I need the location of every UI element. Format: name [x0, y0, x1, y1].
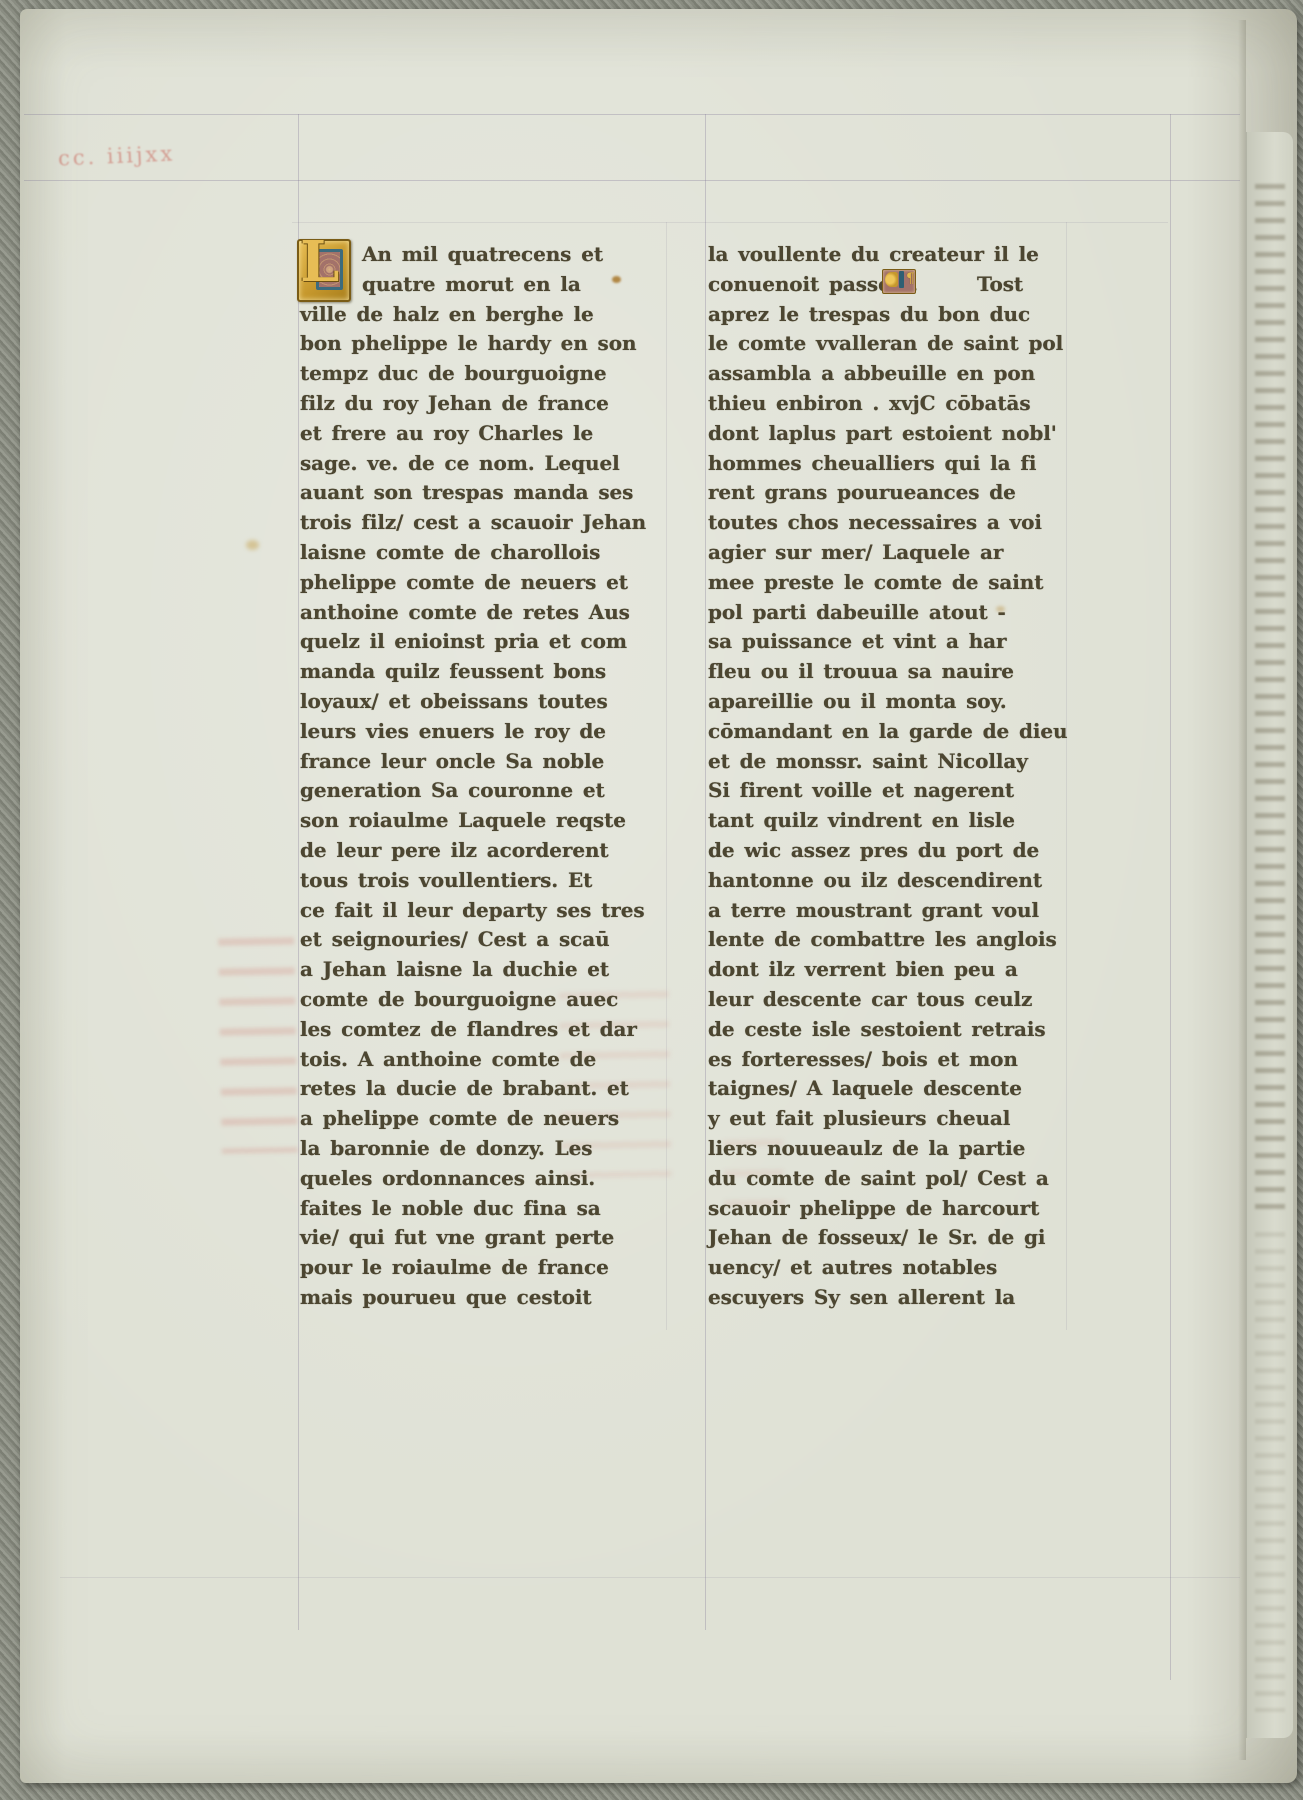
paraph-blue-bar	[899, 271, 904, 288]
text-line: a phelippe comte de neuers	[300, 1104, 692, 1134]
text-line: liers nouueaulz de la partie	[708, 1134, 1100, 1164]
text-line: auant son trespas manda ses	[300, 478, 692, 508]
ruling-line	[298, 114, 299, 1630]
text-line: pour le roiaulme de france	[300, 1253, 692, 1283]
text-line: retes la ducie de brabant. et	[300, 1074, 692, 1104]
parchment-stain	[996, 606, 1005, 612]
text-line: fleu ou il trouua sa nauire	[708, 657, 1100, 687]
text-line: generation Sa couronne et	[300, 776, 692, 806]
manuscript-scan: { "manuscript": { "folio_number": "cc. i…	[0, 0, 1303, 1800]
ruling-line	[1170, 114, 1171, 1680]
text-line: anthoine comte de retes Aus	[300, 598, 692, 628]
text-column-right: la voullente du createur il leconuenoit …	[708, 240, 1100, 1313]
parchment-stain	[246, 540, 259, 550]
text-line: de wic assez pres du port de	[708, 836, 1100, 866]
text-line: sage. ve. de ce nom. Lequel	[300, 449, 692, 479]
text-line: scauoir phelippe de harcourt	[708, 1194, 1100, 1224]
text-line: toutes chos necessaires a voi	[708, 508, 1100, 538]
text-line: a Jehan laisne la duchie et	[300, 955, 692, 985]
text-line: lente de combattre les anglois	[708, 925, 1100, 955]
text-line: assambla a abbeuille en pon	[708, 359, 1100, 389]
text-line: pol parti dabeuille atout -	[708, 598, 1100, 628]
text-line: du comte de saint pol/ Cest a	[708, 1164, 1100, 1194]
text-line: laisne comte de charollois	[300, 538, 692, 568]
text-line: et de monssr. saint Nicollay	[708, 747, 1100, 777]
text-line: mee preste le comte de saint	[708, 568, 1100, 598]
text-line: escuyers Sy sen allerent la	[708, 1283, 1100, 1313]
initial-letter: L	[300, 234, 339, 290]
text-line: la voullente du createur il le	[708, 240, 1100, 270]
text-line: hommes cheualliers qui la fi	[708, 449, 1100, 479]
text-line: bon phelippe le hardy en son	[300, 329, 692, 359]
gilded-paraph-icon: ¶	[882, 269, 916, 294]
ruling-line	[24, 114, 1240, 115]
text-line: dont ilz verrent bien peu a	[708, 955, 1100, 985]
text-line: dont laplus part estoient nobl'	[708, 419, 1100, 449]
ruling-line	[705, 114, 706, 1630]
text-line: quelz il enioinst pria et com	[300, 627, 692, 657]
text-line: a terre moustrant grant voul	[708, 896, 1100, 926]
text-line: hantonne ou ilz descendirent	[708, 866, 1100, 896]
text-line: et seignouries/ Cest a scaū	[300, 925, 692, 955]
ink-stain	[612, 276, 621, 283]
text-column-left: An mil quatrecens etquatre morut en lavi…	[300, 240, 692, 1313]
text-line: trois filz/ cest a scauoir Jehan	[300, 508, 692, 538]
illuminated-initial: L	[297, 239, 351, 302]
text-line: de leur pere ilz acorderent	[300, 836, 692, 866]
text-line: y eut fait plusieurs cheual	[708, 1104, 1100, 1134]
text-line: Si firent voille et nagerent	[708, 776, 1100, 806]
text-line: ville de halz en berghe le	[300, 300, 692, 330]
text-line: manda quilz feussent bons	[300, 657, 692, 687]
text-line: son roiaulme Laquele reqste	[300, 806, 692, 836]
text-line: france leur oncle Sa noble	[300, 747, 692, 777]
text-line: vie/ qui fut vne grant perte	[300, 1223, 692, 1253]
ruling-line	[24, 180, 1240, 181]
text-line: ce fait il leur departy ses tres	[300, 896, 692, 926]
text-line: Jehan de fosseux/ le Sr. de gi	[708, 1223, 1100, 1253]
red-showthrough	[218, 937, 298, 1153]
text-line: tous trois voullentiers. Et	[300, 866, 692, 896]
text-line: et frere au roy Charles le	[300, 419, 692, 449]
text-line: cōmandant en la garde de dieu	[708, 717, 1100, 747]
showthrough-text-band	[1255, 1232, 1285, 1712]
next-page-edge	[1246, 132, 1293, 1738]
text-line: aprez le trespas du bon duc	[708, 300, 1100, 330]
text-line: queles ordonnances ainsi.	[300, 1164, 692, 1194]
text-line: agier sur mer/ Laquele ar	[708, 538, 1100, 568]
text-line: faites le noble duc fina sa	[300, 1194, 692, 1224]
text-line: es forteresses/ bois et mon	[708, 1045, 1100, 1075]
text-line: leur descente car tous ceulz	[708, 985, 1100, 1015]
page-curl-shadow	[1238, 20, 1246, 1760]
text-line: apareillie ou il monta soy.	[708, 687, 1100, 717]
text-line: taignes/ A laquele descente	[708, 1074, 1100, 1104]
text-line: la baronnie de donzy. Les	[300, 1134, 692, 1164]
ruling-line	[292, 222, 1168, 223]
text-line: An mil quatrecens et	[300, 240, 692, 270]
text-line: thieu enbiron . xvjC cōbatās	[708, 389, 1100, 419]
text-line: les comtez de flandres et dar	[300, 1015, 692, 1045]
paraph-glyph: ¶	[906, 271, 915, 288]
text-line: quatre morut en la	[300, 270, 692, 300]
folio-number: cc. iiijxx	[58, 141, 176, 170]
text-line: le comte vvalleran de saint pol	[708, 329, 1100, 359]
text-line: de ceste isle sestoient retrais	[708, 1015, 1100, 1045]
text-line: leurs vies enuers le roy de	[300, 717, 692, 747]
text-line: tant quilz vindrent en lisle	[708, 806, 1100, 836]
text-line: uency/ et autres notables	[708, 1253, 1100, 1283]
showthrough-text-band	[1255, 184, 1285, 1214]
text-line: tois. A anthoine comte de	[300, 1045, 692, 1075]
text-line: mais pourueu que cestoit	[300, 1283, 692, 1313]
text-line: loyaux/ et obeissans toutes	[300, 687, 692, 717]
text-line: rent grans pourueances de	[708, 478, 1100, 508]
text-line: comte de bourguoigne auec	[300, 985, 692, 1015]
text-line: filz du roy Jehan de france	[300, 389, 692, 419]
text-line: sa puissance et vint a har	[708, 627, 1100, 657]
text-line: tempz duc de bourguoigne	[300, 359, 692, 389]
text-line: phelippe comte de neuers et	[300, 568, 692, 598]
ruling-line	[60, 1577, 1240, 1578]
paraph-gold-lobe	[885, 272, 898, 287]
